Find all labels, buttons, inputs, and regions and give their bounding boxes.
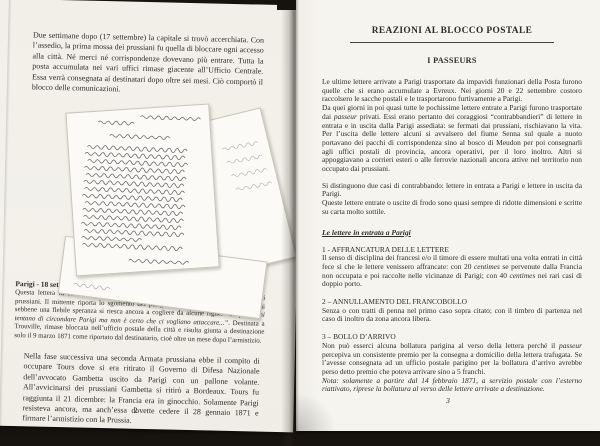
left-page: Due settimane dopo (17 settembre) la cap… <box>0 0 303 432</box>
page-curl-shadow <box>296 387 342 431</box>
entry-note-3: Nota: solamente a partire dal 14 febbrai… <box>322 377 582 394</box>
section-subtitle: I PASSEURS <box>322 56 582 65</box>
gutter-shadow <box>281 0 299 446</box>
closing-paragraph: Nella fase successiva una seconda Armata… <box>22 351 260 429</box>
right-page: REAZIONI AL BLOCCO POSTALE I PASSEURS Le… <box>296 0 600 431</box>
book-scan-spread: Due settimane dopo (17 settembre) la cap… <box>0 0 600 446</box>
entry-body-3: Non può esserci alcuna bollatura parigin… <box>322 342 582 377</box>
paragraph-contrabbando-2: Queste lettere entrate o uscite di frodo… <box>322 199 582 216</box>
handwritten-letter-image <box>60 100 276 305</box>
letter-handwriting <box>67 105 219 276</box>
letter-sheet-main <box>65 103 219 276</box>
entry-body-2: Senza o con tratti di penna nel primo ca… <box>322 307 582 324</box>
gutter-top-notch <box>277 0 296 10</box>
entry-body-1: Il senso di disciplina dei francesi e/o … <box>322 254 582 289</box>
page-crease-shadow <box>0 0 12 426</box>
paragraph-passeurs-1: Le ultime lettere arrivate a Parigi tras… <box>322 78 582 104</box>
paragraph-passeurs-2: Da quei giorni in poi quasi tutte le poc… <box>322 104 582 174</box>
intro-paragraph: Due settimane dopo (17 settembre) la cap… <box>32 30 264 98</box>
chapter-title: REAZIONI AL BLOCCO POSTALE <box>322 26 582 36</box>
title-rule <box>350 42 554 43</box>
entry-group-heading: Le lettere in entrata a Parigi <box>322 228 582 237</box>
paragraph-contrabbando-1: Si distinguono due casi di contrabbando:… <box>322 182 582 199</box>
